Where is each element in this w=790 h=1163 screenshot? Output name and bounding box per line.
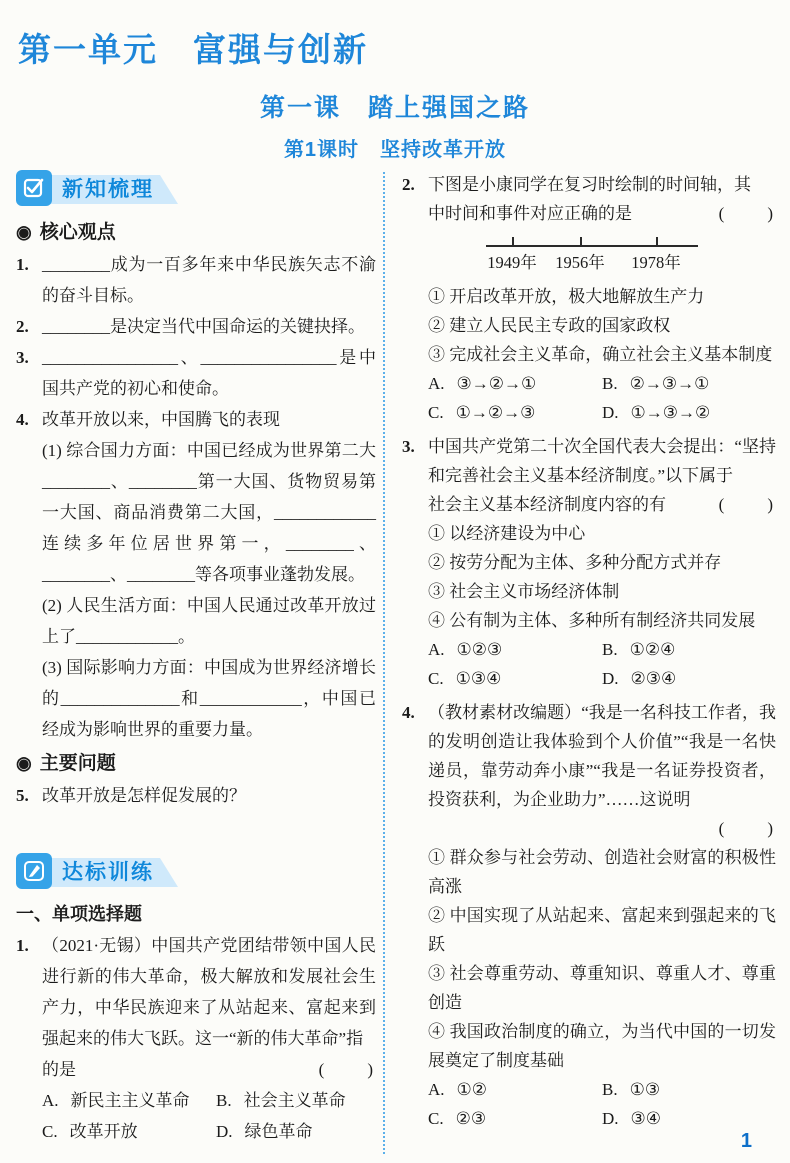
fill-item-1: 1. ________成为一百多年来中华民族矢志不渝的奋斗目标。	[16, 249, 376, 311]
item-text: 改革开放是怎样促发展的？	[42, 780, 376, 811]
option-d: D.绿色革命	[216, 1116, 376, 1147]
item-number: 2.	[16, 311, 42, 342]
answer-paren: ( )	[319, 1054, 376, 1085]
option-b: B.①②④	[602, 635, 776, 664]
question-stem: 中国共产党第二十次全国代表大会提出：“坚持和完善社会主义基本经济制度。”以下属于	[428, 432, 776, 490]
option-a: A.①②	[428, 1075, 602, 1104]
question-number: 3.	[402, 432, 428, 693]
answer-paren: ( )	[719, 199, 776, 228]
option-a: A.①②③	[428, 635, 602, 664]
option-d: D.③④	[602, 1104, 776, 1133]
heading-text: 核心观点	[40, 222, 116, 243]
timeline-diagram: 1949年 1956年 1978年	[486, 232, 698, 280]
page-number: 1	[741, 1130, 752, 1153]
option-c: C.②③	[428, 1104, 602, 1133]
sub-item-1: (1) 综合国力方面：中国已经成为世界第二大________、________第…	[42, 435, 376, 590]
single-choice-section-heading: 一、单项选择题	[16, 899, 376, 930]
item-text: ________是决定当代中国命运的关键抉择。	[42, 311, 376, 342]
fisheye-bullet-icon: ◉	[16, 753, 32, 773]
choice-item-2: ② 按劳分配为主体、多种分配方式并存	[428, 548, 776, 577]
item-text: ________________、________________是中国共产党的…	[42, 342, 376, 404]
timeline-year: 1956年	[548, 248, 612, 277]
answer-paren: ( )	[719, 814, 776, 843]
question-number: 1.	[16, 930, 42, 1147]
unit-title: 第一单元 富强与创新	[18, 24, 368, 71]
choice-item-3: ③ 社会尊重劳动、尊重知识、尊重人才、尊重创造	[428, 959, 776, 1017]
workbook-page: 第一单元 富强与创新 第一课 踏上强国之路 第1课时 坚持改革开放 新知梳理 ◉…	[0, 0, 790, 1163]
choice-item-3: ③ 完成社会主义革命，确立社会主义基本制度	[428, 340, 776, 369]
choice-item-4: ④ 公有制为主体、多种所有制经济共同发展	[428, 606, 776, 635]
question-2: 2. 下图是小康同学在复习时绘制的时间轴，其 中时间和事件对应正确的是 ( ) …	[402, 170, 776, 427]
question-stem: （教材素材改编题）“我是一名科技工作者，我的发明创造让我体验到个人价值”“我是一…	[428, 698, 776, 814]
right-column: 2. 下图是小康同学在复习时绘制的时间轴，其 中时间和事件对应正确的是 ( ) …	[402, 170, 776, 1133]
item-number: 4.	[16, 404, 42, 745]
period-title: 第1课时 坚持改革开放	[0, 133, 790, 162]
timeline-tick	[512, 237, 514, 246]
option-c: C.①③④	[428, 664, 602, 693]
item-text: ________成为一百多年来中华民族矢志不渝的奋斗目标。	[42, 249, 376, 311]
fill-item-5: 5. 改革开放是怎样促发展的？	[16, 780, 376, 811]
question-1: 1. （2021·无锡）中国共产党团结带领中国人民进行新的伟大革命，极大解放和发…	[16, 930, 376, 1147]
question-3: 3. 中国共产党第二十次全国代表大会提出：“坚持和完善社会主义基本经济制度。”以…	[402, 432, 776, 693]
option-c: C.①→②→③	[428, 398, 602, 427]
timeline-year: 1978年	[624, 248, 688, 277]
item-number: 3.	[16, 342, 42, 404]
choice-item-3: ③ 社会主义市场经济体制	[428, 577, 776, 606]
lesson-title: 第一课 踏上强国之路	[0, 88, 790, 124]
timeline-axis	[486, 245, 698, 247]
option-c: C.改革开放	[42, 1116, 216, 1147]
core-points-heading: ◉核心观点	[16, 216, 376, 249]
pen-icon	[16, 853, 52, 889]
question-stem-tail: 的是	[42, 1054, 76, 1085]
option-a: A.③→②→①	[428, 369, 602, 398]
timeline-tick	[656, 237, 658, 246]
fisheye-bullet-icon: ◉	[16, 222, 32, 242]
option-b: B.①③	[602, 1075, 776, 1104]
left-column: 新知梳理 ◉核心观点 1. ________成为一百多年来中华民族矢志不渝的奋斗…	[16, 170, 376, 1147]
question-number: 4.	[402, 698, 428, 1133]
option-d: D.①→③→②	[602, 398, 776, 427]
question-stem: （2021·无锡）中国共产党团结带领中国人民进行新的伟大革命，极大解放和发展社会…	[42, 930, 376, 1054]
choice-item-1: ① 以经济建设为中心	[428, 519, 776, 548]
option-a: A.新民主主义革命	[42, 1085, 216, 1116]
choice-item-4: ④ 我国政治制度的确立，为当代中国的一切发展奠定了制度基础	[428, 1017, 776, 1075]
question-number: 2.	[402, 170, 428, 427]
heading-text: 主要问题	[40, 753, 116, 774]
training-badge: 达标训练	[16, 853, 376, 891]
new-knowledge-badge: 新知梳理	[16, 170, 376, 208]
timeline-year: 1949年	[480, 248, 544, 277]
option-b: B.社会主义革命	[216, 1085, 376, 1116]
question-stem: 下图是小康同学在复习时绘制的时间轴，其	[428, 170, 776, 199]
question-stem-tail: 社会主义基本经济制度内容的有	[428, 490, 666, 519]
item-number: 1.	[16, 249, 42, 311]
column-divider	[383, 172, 385, 1154]
sub-item-2: (2) 人民生活方面：中国人民通过改革开放过上了____________。	[42, 590, 376, 652]
fill-item-2: 2. ________是决定当代中国命运的关键抉择。	[16, 311, 376, 342]
choice-item-2: ② 建立人民民主专政的国家政权	[428, 311, 776, 340]
item-text: 改革开放以来，中国腾飞的表现	[42, 404, 376, 435]
item-number: 5.	[16, 780, 42, 811]
badge-label: 达标训练	[62, 857, 154, 888]
timeline-tick	[580, 237, 582, 246]
checklist-icon	[16, 170, 52, 206]
choice-item-1: ① 开启改革开放，极大地解放生产力	[428, 282, 776, 311]
badge-label: 新知梳理	[62, 174, 154, 205]
main-questions-heading: ◉主要问题	[16, 747, 376, 780]
sub-item-3: (3) 国际影响力方面：中国成为世界经济增长的______________和__…	[42, 652, 376, 745]
choice-item-1: ① 群众参与社会劳动、创造社会财富的积极性高涨	[428, 843, 776, 901]
option-d: D.②③④	[602, 664, 776, 693]
fill-item-4: 4. 改革开放以来，中国腾飞的表现 (1) 综合国力方面：中国已经成为世界第二大…	[16, 404, 376, 745]
question-stem-tail: 中时间和事件对应正确的是	[428, 199, 632, 228]
question-4: 4. （教材素材改编题）“我是一名科技工作者，我的发明创造让我体验到个人价值”“…	[402, 698, 776, 1133]
answer-paren: ( )	[719, 490, 776, 519]
choice-item-2: ② 中国实现了从站起来、富起来到强起来的飞跃	[428, 901, 776, 959]
fill-item-3: 3. ________________、________________是中国共…	[16, 342, 376, 404]
option-b: B.②→③→①	[602, 369, 776, 398]
